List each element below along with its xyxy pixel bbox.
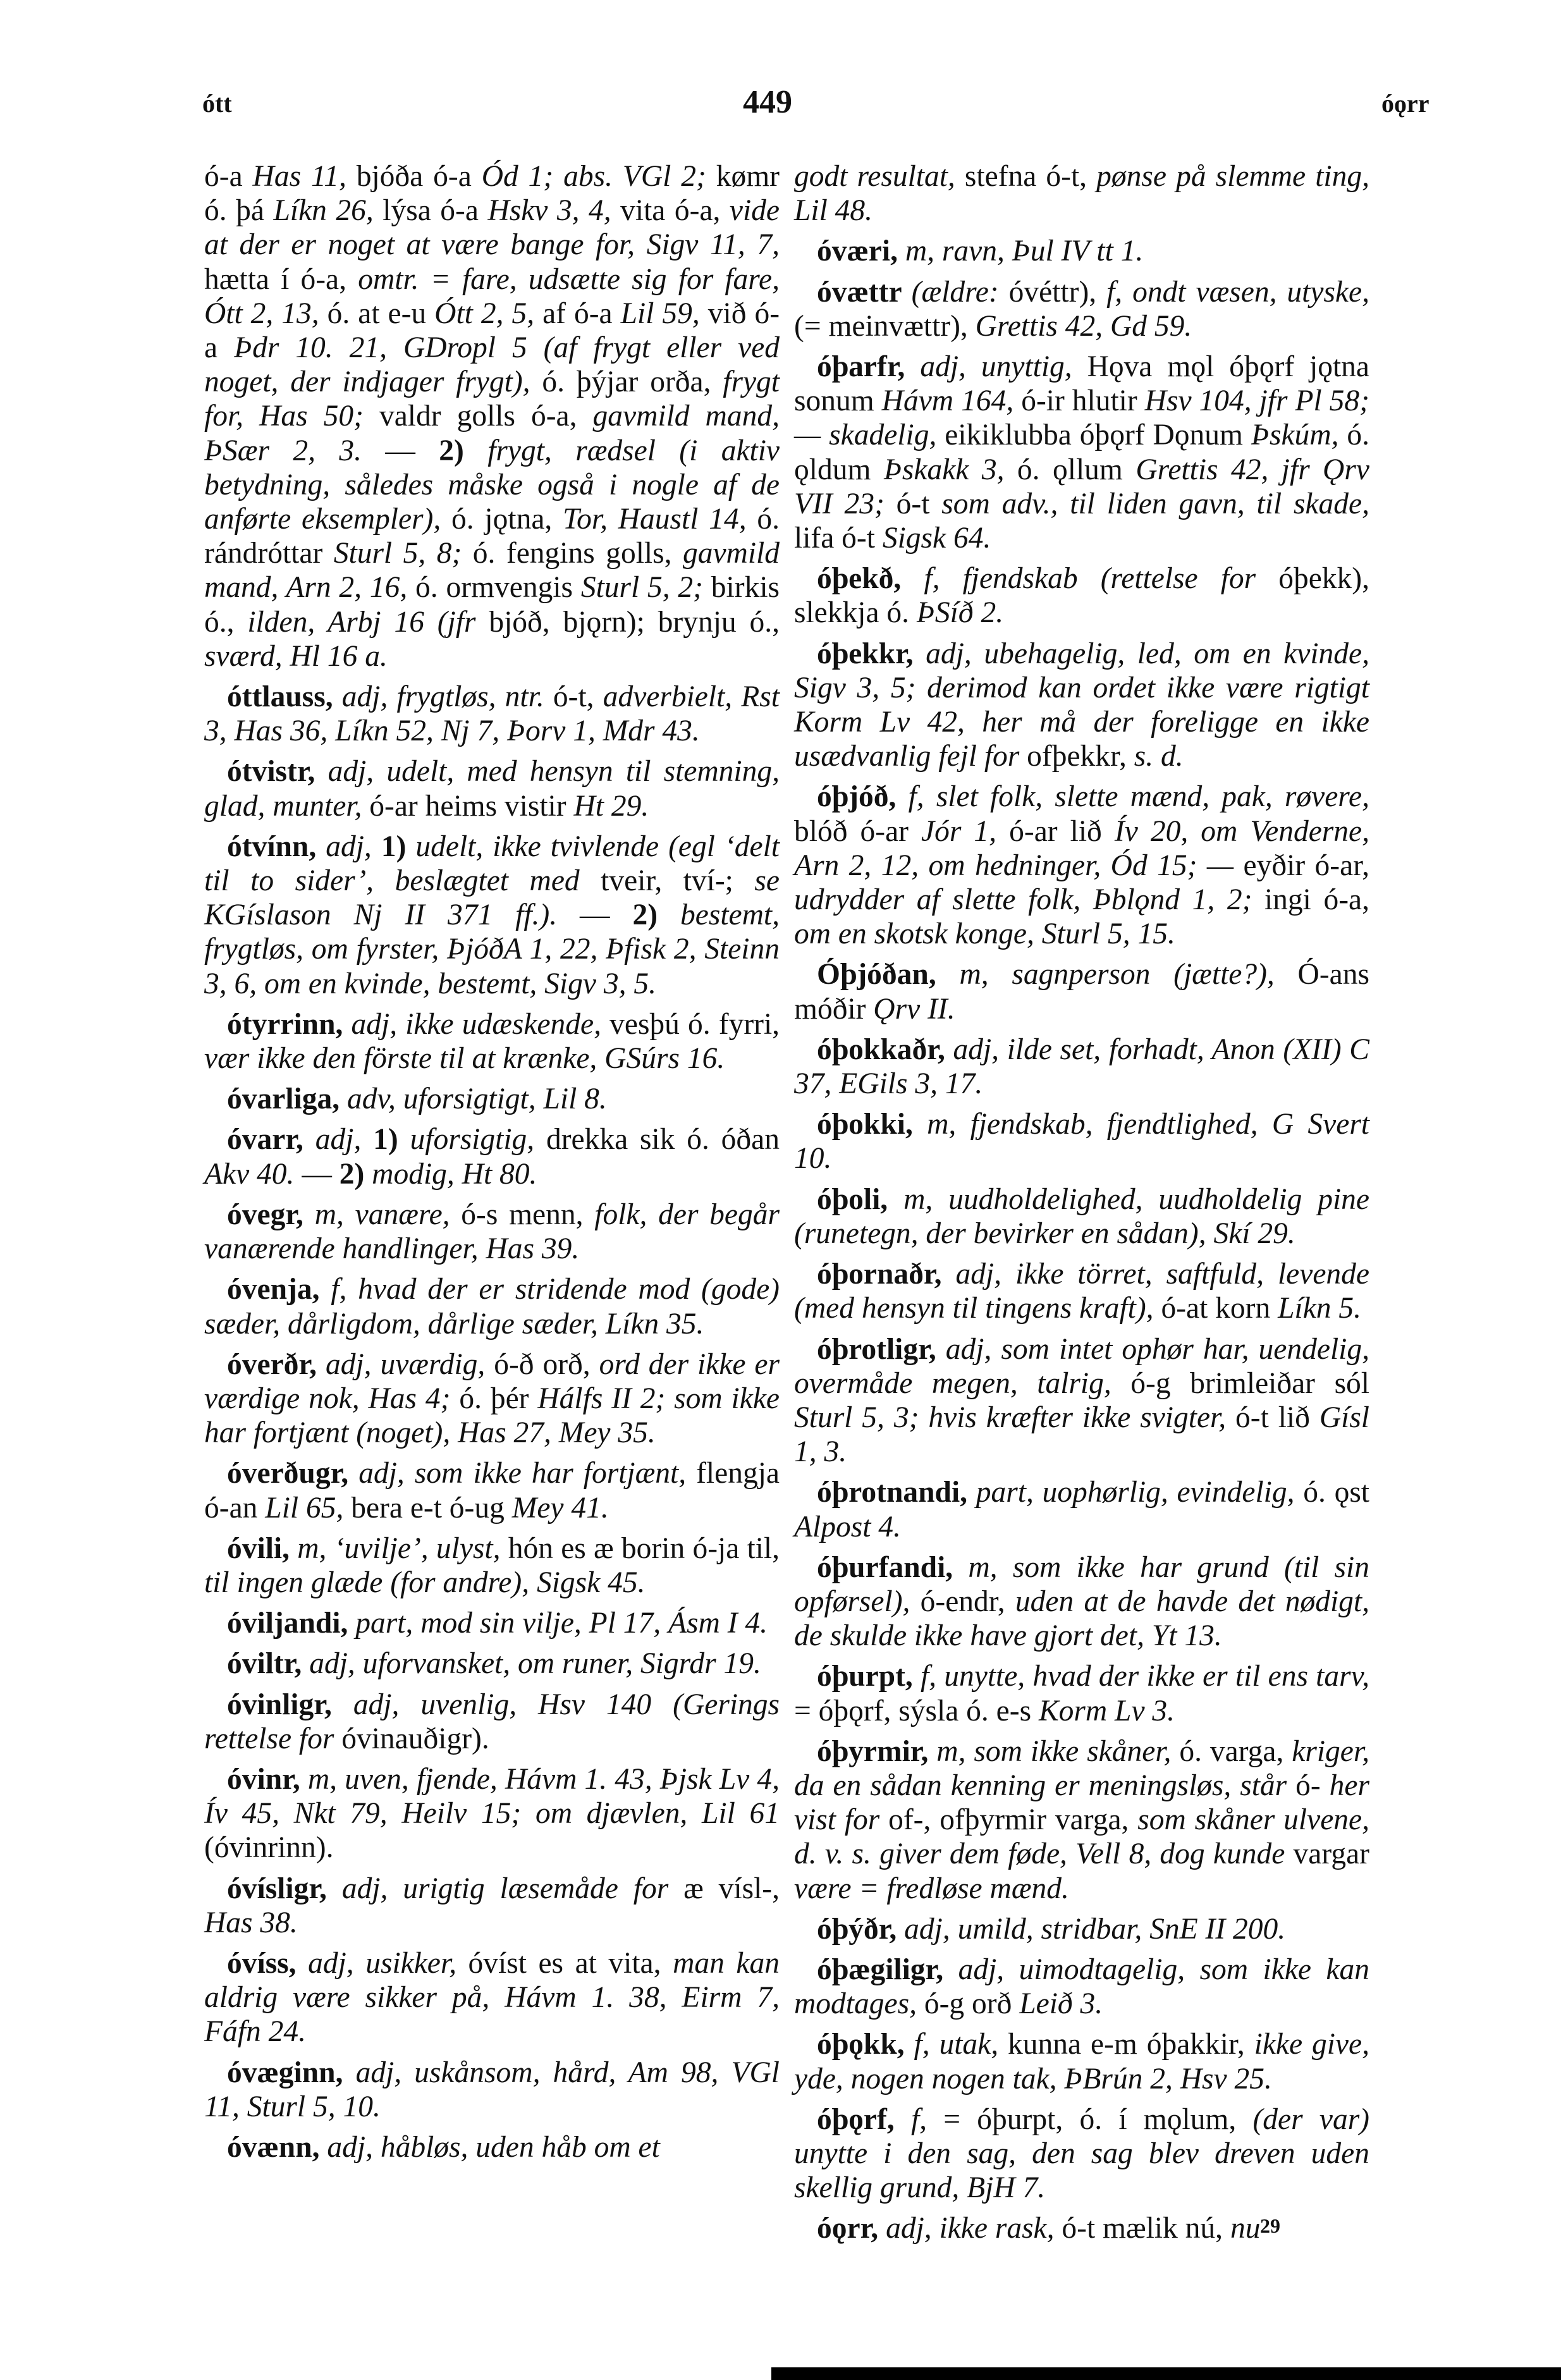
dictionary-entry: óviltr, adj, uforvansket, om runer, Sigr…: [204, 1647, 780, 1681]
italic-text: f, utak,: [914, 2028, 999, 2061]
dictionary-entry: óvættr (ældre: óvéttr), f, ondt væsen, u…: [794, 275, 1369, 343]
italic-text: Akv 40.: [204, 1158, 294, 1191]
italic-text: Ǫrv II.: [873, 993, 955, 1026]
italic-text: Sigsk 64.: [883, 522, 991, 555]
roman-text: kunna e-m óþakkir,: [998, 2028, 1254, 2061]
roman-text: —: [362, 434, 439, 467]
dictionary-entry: óvarr, adj, 1) uforsigtig, drekka sik ó.…: [204, 1122, 780, 1191]
dictionary-entry: óvinligr, adj, uvenlig, Hsv 140 (Gerings…: [204, 1688, 780, 1756]
roman-text: ó. jǫtna,: [441, 503, 563, 536]
roman-text: blóð ó-ar: [794, 815, 921, 848]
roman-text: —: [557, 899, 632, 931]
italic-text: (ældre:: [912, 276, 999, 309]
italic-text: Ótt 2, 5,: [434, 297, 534, 330]
entry-headword: óvegr,: [227, 1198, 315, 1231]
italic-text: adj, håbløs, uden håb om et: [327, 2131, 659, 2164]
roman-text: ó-at korn: [1154, 1292, 1278, 1325]
italic-text: Korm Lv 3.: [1039, 1695, 1175, 1727]
roman-text: vargar: [1285, 1837, 1369, 1870]
italic-text: adj, usikker,: [308, 1947, 456, 1980]
italic-text: Jór 1,: [921, 815, 996, 848]
dictionary-entry: óþurpt, f, unytte, hvad der ikke er til …: [794, 1659, 1369, 1727]
roman-text: ó-g brimleiðar sól: [1111, 1367, 1369, 1400]
italic-text: Mey 41.: [512, 1492, 609, 1524]
roman-text: ó-t lið: [1226, 1401, 1319, 1434]
italic-text: ilden, Arbj 16 (jfr: [247, 606, 475, 639]
entry-headword: óþǫrf,: [817, 2103, 911, 2136]
italic-text: adj, urigtig læsemåde for: [342, 1872, 668, 1905]
entry-headword: óþǫkk,: [817, 2028, 914, 2061]
roman-text: bjóð, bjǫrn); brynju ó.,: [476, 606, 780, 639]
italic-text: adj, unyttig,: [920, 350, 1072, 383]
entry-headword: óþurpt,: [817, 1660, 921, 1693]
dictionary-column-right: godt resultat, stefna ó-t, pønse på slem…: [794, 159, 1369, 2252]
entry-headword: óverðr,: [227, 1348, 326, 1381]
italic-text: Hskv 3, 4,: [487, 194, 611, 227]
dictionary-entry: óþrotligr, adj, som intet ophør har, uen…: [794, 1332, 1369, 1469]
roman-text: bera e-t ó-ug: [343, 1492, 511, 1524]
roman-text: æ vísl-,: [668, 1872, 780, 1905]
entry-headword: óþjóð,: [817, 780, 909, 813]
dictionary-entry: óþokkaðr, adj, ilde set, forhadt, Anon (…: [794, 1033, 1369, 1101]
entry-headword: óvarliga,: [227, 1083, 347, 1115]
italic-text: adj,: [326, 830, 381, 863]
entry-headword: óviljandi,: [227, 1607, 355, 1640]
roman-text: = óþǫrf, sýsla ó. e-s: [794, 1695, 1039, 1727]
italic-text: sværd, Hl 16 a.: [204, 640, 388, 673]
roman-text: ó. þér: [450, 1382, 537, 1415]
dictionary-entry: óþurfandi, m, som ikke har grund (til si…: [794, 1550, 1369, 1653]
entry-headword: óvæginn,: [227, 2056, 356, 2089]
dictionary-entry: óværi, m, ravn, Þul IV tt 1.: [794, 234, 1369, 268]
dictionary-column-left: ó-a Has 11, bjóða ó-a Ód 1; abs. VGl 2; …: [204, 159, 780, 2171]
italic-text: Líkn 26,: [273, 194, 373, 227]
roman-text: ó-t: [885, 488, 941, 520]
printer-signature-mark: 29: [1260, 2214, 1280, 2238]
italic-text: m, ravn, Þul IV tt 1.: [905, 235, 1143, 267]
dictionary-entry: óvinr, m, uven, fjende, Hávm 1. 43, Þjsk…: [204, 1762, 780, 1865]
italic-text: m, sagnperson (jætte?),: [959, 958, 1274, 991]
italic-text: udrydder af slette folk, Þblǫnd 1, 2;: [794, 883, 1252, 916]
italic-text: Grettis 42, Gd 59.: [976, 310, 1192, 343]
entry-headword: ótyrrinn,: [227, 1008, 352, 1041]
dictionary-entry: óvenja, f, hvad der er stridende mod (go…: [204, 1272, 780, 1340]
italic-text: som adv., til liden gavn, til skade,: [941, 488, 1369, 520]
entry-headword: óttlauss,: [227, 680, 342, 713]
roman-text: ó-ir hlutir: [1013, 384, 1144, 417]
italic-text: adj, uværdig,: [326, 1348, 485, 1381]
italic-text: vær ikke den förste til at krænke, GSúrs…: [204, 1042, 725, 1075]
roman-text: ó-s menn,: [450, 1198, 595, 1231]
roman-text: lifa ó-t: [794, 522, 883, 555]
headword: 2): [633, 899, 681, 931]
roman-text: lýsa ó-a: [374, 194, 488, 227]
roman-text: —: [294, 1158, 339, 1191]
roman-text: ó. ǫllum: [1004, 453, 1136, 486]
italic-text: Ód 1; abs. VGl 2;: [482, 160, 706, 193]
roman-text: ó. varga,: [1171, 1735, 1292, 1768]
dictionary-entry: óverðugr, adj, som ikke har fortjænt, fl…: [204, 1456, 780, 1524]
roman-text: (óvinrinn).: [204, 1831, 333, 1864]
roman-text: hón es æ borin ó-ja til,: [500, 1532, 780, 1565]
italic-text: om en skotsk konge, Sturl 5, 15.: [794, 917, 1175, 950]
dictionary-entry: óttlauss, adj, frygtløs, ntr. ó-t, adver…: [204, 680, 780, 748]
roman-text: óvíst es at vita,: [456, 1947, 673, 1980]
entry-headword: óþornaðr,: [817, 1258, 955, 1291]
italic-text: Þskakk 3,: [884, 453, 1005, 486]
italic-text: modig, Ht 80.: [372, 1158, 537, 1191]
entry-headword: óværi,: [817, 235, 905, 267]
italic-text: adj, ikke rask,: [886, 2212, 1054, 2245]
roman-text: ó. þýjar orða,: [530, 365, 723, 398]
italic-text: uforsigtig,: [410, 1123, 535, 1156]
dictionary-entry: óþǫkk, f, utak, kunna e-m óþakkir, ikke …: [794, 2027, 1369, 2095]
roman-text: ó-t mælik nú,: [1055, 2212, 1230, 2245]
dictionary-entry: óþoli, m, uudholdelighed, uudholdelig pi…: [794, 1182, 1369, 1251]
roman-text: ó. ormvengis: [407, 571, 581, 604]
roman-text: valdr golls ó-a,: [364, 400, 593, 432]
entry-headword: óþekð,: [817, 562, 924, 595]
dictionary-entry: óvarliga, adv, uforsigtigt, Lil 8.: [204, 1082, 780, 1116]
dictionary-entry: óþýðr, adj, umild, stridbar, SnE II 200.: [794, 1912, 1369, 1946]
roman-text: ó-: [1287, 1769, 1330, 1802]
italic-text: Þskúm,: [1251, 419, 1339, 451]
dictionary-entry: óvænn, adj, håbløs, uden håb om et: [204, 2130, 780, 2164]
entry-headword: óvíss,: [227, 1947, 308, 1980]
entry-headword: ótvínn,: [227, 830, 326, 863]
roman-text: ó-g orð: [917, 1987, 1019, 2020]
italic-text: nu: [1230, 2212, 1261, 2245]
roman-text: vesþú ó. fyrri,: [601, 1008, 780, 1041]
italic-text: f, ondt væsen, utyske,: [1106, 276, 1369, 309]
italic-text: til ingen glæde (for andre), Sigsk 45.: [204, 1566, 645, 1599]
italic-text: adj, ikke udæskende,: [352, 1008, 602, 1041]
running-head: ótt 449 óǫrr: [0, 89, 1561, 126]
entry-headword: óvísligr,: [227, 1872, 342, 1905]
roman-text: drekka sik ó. óðan: [534, 1123, 780, 1156]
headword: 2): [439, 434, 464, 467]
italic-text: Líkn 5.: [1278, 1292, 1361, 1325]
entry-headword: óvættr: [817, 276, 912, 309]
headword: 1): [373, 1123, 410, 1156]
roman-text: eikiklubba óþǫrf Dǫnum: [936, 419, 1251, 451]
dictionary-entry: óvíss, adj, usikker, óvíst es at vita, m…: [204, 1946, 780, 2049]
entry-headword: óvili,: [227, 1532, 297, 1565]
italic-text: adv, uforsigtigt, Lil 8.: [347, 1083, 607, 1115]
italic-text: adj, som ikke har fortjænt,: [358, 1457, 686, 1490]
italic-text: Alpost 4.: [794, 1511, 901, 1543]
roman-text: = óþurpt, ó. í mǫlum,: [927, 2103, 1252, 2136]
dictionary-entry: óþyrmir, m, som ikke skåner, ó. varga, k…: [794, 1734, 1369, 1906]
dictionary-entry: ótvistr, adj, udelt, med hensyn til stem…: [204, 754, 780, 823]
italic-text: Has 11,: [253, 160, 346, 193]
roman-text: ó. at e-u: [319, 297, 435, 330]
dictionary-entry: óþægiligr, adj, uimodtagelig, som ikke k…: [794, 1953, 1369, 2021]
roman-text: ó. ǫst: [1295, 1476, 1370, 1509]
roman-text: tveir, tví-;: [580, 864, 755, 897]
dictionary-entry: óþekð, f, fjendskab (rettelse for óþekk)…: [794, 561, 1369, 630]
roman-text: ó-ð orð,: [485, 1348, 599, 1381]
dictionary-entry: óþǫrf, f, = óþurpt, ó. í mǫlum, (der var…: [794, 2102, 1369, 2205]
roman-text: óvinauðigr).: [334, 1722, 489, 1755]
italic-text: adj, uforvansket, om runer, Sigrdr 19.: [309, 1647, 761, 1680]
entry-headword: óverðugr,: [227, 1457, 358, 1490]
entry-headword: óþrotligr,: [817, 1333, 946, 1366]
dictionary-entry: óvísligr, adj, urigtig læsemåde for æ ví…: [204, 1872, 780, 1940]
roman-text: ó-ar heims vistir: [362, 790, 573, 823]
italic-text: adj, umild, stridbar, SnE II 200.: [904, 1913, 1285, 1946]
entry-headword: óþokkaðr,: [817, 1033, 953, 1066]
italic-text: f,: [911, 2103, 927, 2136]
dictionary-entry-continuation: ó-a Has 11, bjóða ó-a Ód 1; abs. VGl 2; …: [204, 159, 780, 673]
italic-text: være = fredløse mænd.: [794, 1872, 1069, 1905]
italic-text: Ht 29.: [573, 790, 649, 823]
italic-text: s. d.: [1134, 740, 1184, 773]
italic-text: f, slet folk, slette mænd, pak, røvere,: [909, 780, 1369, 813]
entry-headword: óþoli,: [817, 1183, 903, 1216]
dictionary-entry: óþornaðr, adj, ikke törret, saftfuld, le…: [794, 1257, 1369, 1325]
dictionary-entry-continuation: godt resultat, stefna ó-t, pønse på slem…: [794, 159, 1369, 228]
italic-text: part, mod sin vilje, Pl 17, Ásm I 4.: [355, 1607, 768, 1640]
italic-text: m, vanære,: [315, 1198, 450, 1231]
italic-text: f, unytte, hvad der ikke er til ens tarv…: [921, 1660, 1369, 1693]
italic-text: adj,: [315, 1123, 373, 1156]
italic-text: godt resultat,: [794, 160, 955, 193]
italic-text: Leið 3.: [1019, 1987, 1103, 2020]
dictionary-entry: óþjóð, f, slet folk, slette mænd, pak, r…: [794, 780, 1369, 951]
headword: 1): [381, 830, 416, 863]
page-number: 449: [743, 83, 792, 121]
roman-text: ó-t,: [544, 680, 603, 713]
entry-headword: óvænn,: [227, 2131, 327, 2164]
dictionary-entry: óþokki, m, fjendskab, fjendtlighed, G Sv…: [794, 1107, 1369, 1175]
entry-headword: óþýðr,: [817, 1913, 904, 1946]
roman-text: vita ó-a,: [611, 194, 730, 227]
dictionary-entry: ótyrrinn, adj, ikke udæskende, vesþú ó. …: [204, 1007, 780, 1076]
dictionary-entry: óǫrr, adj, ikke rask, ó-t mælik nú, nu: [794, 2211, 1369, 2245]
dictionary-entry: ótvínn, adj, 1) udelt, ikke tvivlende (e…: [204, 830, 780, 1001]
entry-headword: óþekkr,: [817, 637, 926, 670]
entry-headword: óþokki,: [817, 1108, 927, 1141]
entry-headword: Óþjóðan,: [817, 958, 959, 991]
italic-text: Sturl 5, 3; hvis kræfter ikke svigter,: [794, 1401, 1226, 1434]
italic-text: Lil 65,: [265, 1492, 343, 1524]
entry-headword: óþurfandi,: [817, 1551, 968, 1584]
entry-headword: óvinr,: [227, 1763, 308, 1796]
italic-text: m, som ikke skåner,: [936, 1735, 1171, 1768]
entry-headword: óþægiligr,: [817, 1953, 958, 1986]
roman-text: eyðir ó-ar,: [1233, 849, 1369, 882]
italic-text: Hávm 164,: [882, 384, 1014, 417]
entry-headword: ótvistr,: [227, 755, 328, 788]
italic-text: Has 38.: [204, 1906, 298, 1939]
roman-text: óvéttr),: [999, 276, 1106, 309]
roman-text: ofþekkr,: [1019, 740, 1134, 773]
italic-text: Sturl 5, 2;: [581, 571, 703, 604]
running-head-last-word: óǫrr: [1381, 89, 1429, 118]
headword: 2): [340, 1158, 372, 1191]
italic-text: Tor, Haustl 14,: [563, 503, 747, 536]
roman-text: bjóða ó-a: [346, 160, 482, 193]
entry-headword: óvenja,: [227, 1273, 331, 1306]
italic-text: ÞSíð 2.: [917, 596, 1003, 629]
dictionary-entry: óþekkr, adj, ubehagelig, led, om en kvin…: [794, 637, 1369, 774]
roman-text: ingi ó-a,: [1252, 883, 1369, 916]
entry-headword: óvinligr,: [227, 1688, 353, 1721]
entry-headword: óviltr,: [227, 1647, 309, 1680]
italic-text: part, uophørlig, evindelig,: [976, 1476, 1295, 1509]
running-head-first-word: ótt: [202, 89, 232, 118]
dictionary-entry: óverðr, adj, uværdig, ó-ð orð, ord der i…: [204, 1347, 780, 1451]
entry-headword: óþrotnandi,: [817, 1476, 976, 1509]
dictionary-entry: óvæginn, adj, uskånsom, hård, Am 98, VGl…: [204, 2056, 780, 2124]
entry-headword: óǫrr,: [817, 2212, 886, 2245]
dictionary-entry: óþarfr, adj, unyttig, Hǫva mǫl óþǫrf jǫt…: [794, 350, 1369, 555]
italic-text: Lil 59,: [621, 297, 700, 330]
entry-headword: óþarfr,: [817, 350, 920, 383]
italic-text: m, ‘uvilje’, ulyst,: [297, 1532, 500, 1565]
scan-edge-shadow: [771, 2367, 1561, 2380]
dictionary-entry: óviljandi, part, mod sin vilje, Pl 17, Á…: [204, 1606, 780, 1640]
entry-headword: óþyrmir,: [817, 1735, 936, 1768]
roman-text: ó-ar lið: [996, 815, 1115, 848]
roman-text: af ó-a: [534, 297, 621, 330]
roman-text: hætta í ó-a,: [204, 263, 358, 296]
dictionary-entry: óþrotnandi, part, uophørlig, evindelig, …: [794, 1475, 1369, 1543]
entry-headword: óvarr,: [227, 1123, 315, 1156]
italic-text: adj, frygtløs, ntr.: [342, 680, 544, 713]
dictionary-entry: óvili, m, ‘uvilje’, ulyst, hón es æ bori…: [204, 1531, 780, 1600]
italic-text: f, fjendskab (rettelse for: [924, 562, 1256, 595]
roman-text: ó-a: [204, 160, 253, 193]
dictionary-entry: Óþjóðan, m, sagnperson (jætte?), Ó-ans m…: [794, 957, 1369, 1026]
roman-text: stefna ó-t,: [955, 160, 1096, 193]
roman-text: (= meinvættr),: [794, 310, 976, 343]
roman-text: ó. fengins golls,: [462, 537, 683, 570]
dictionary-entry: óvegr, m, vanære, ó-s menn, folk, der be…: [204, 1198, 780, 1266]
roman-text: ó-endr,: [910, 1585, 1015, 1618]
italic-text: Sturl 5, 8;: [334, 537, 462, 570]
roman-text: of-, ofþyrmir varga,: [879, 1803, 1137, 1836]
